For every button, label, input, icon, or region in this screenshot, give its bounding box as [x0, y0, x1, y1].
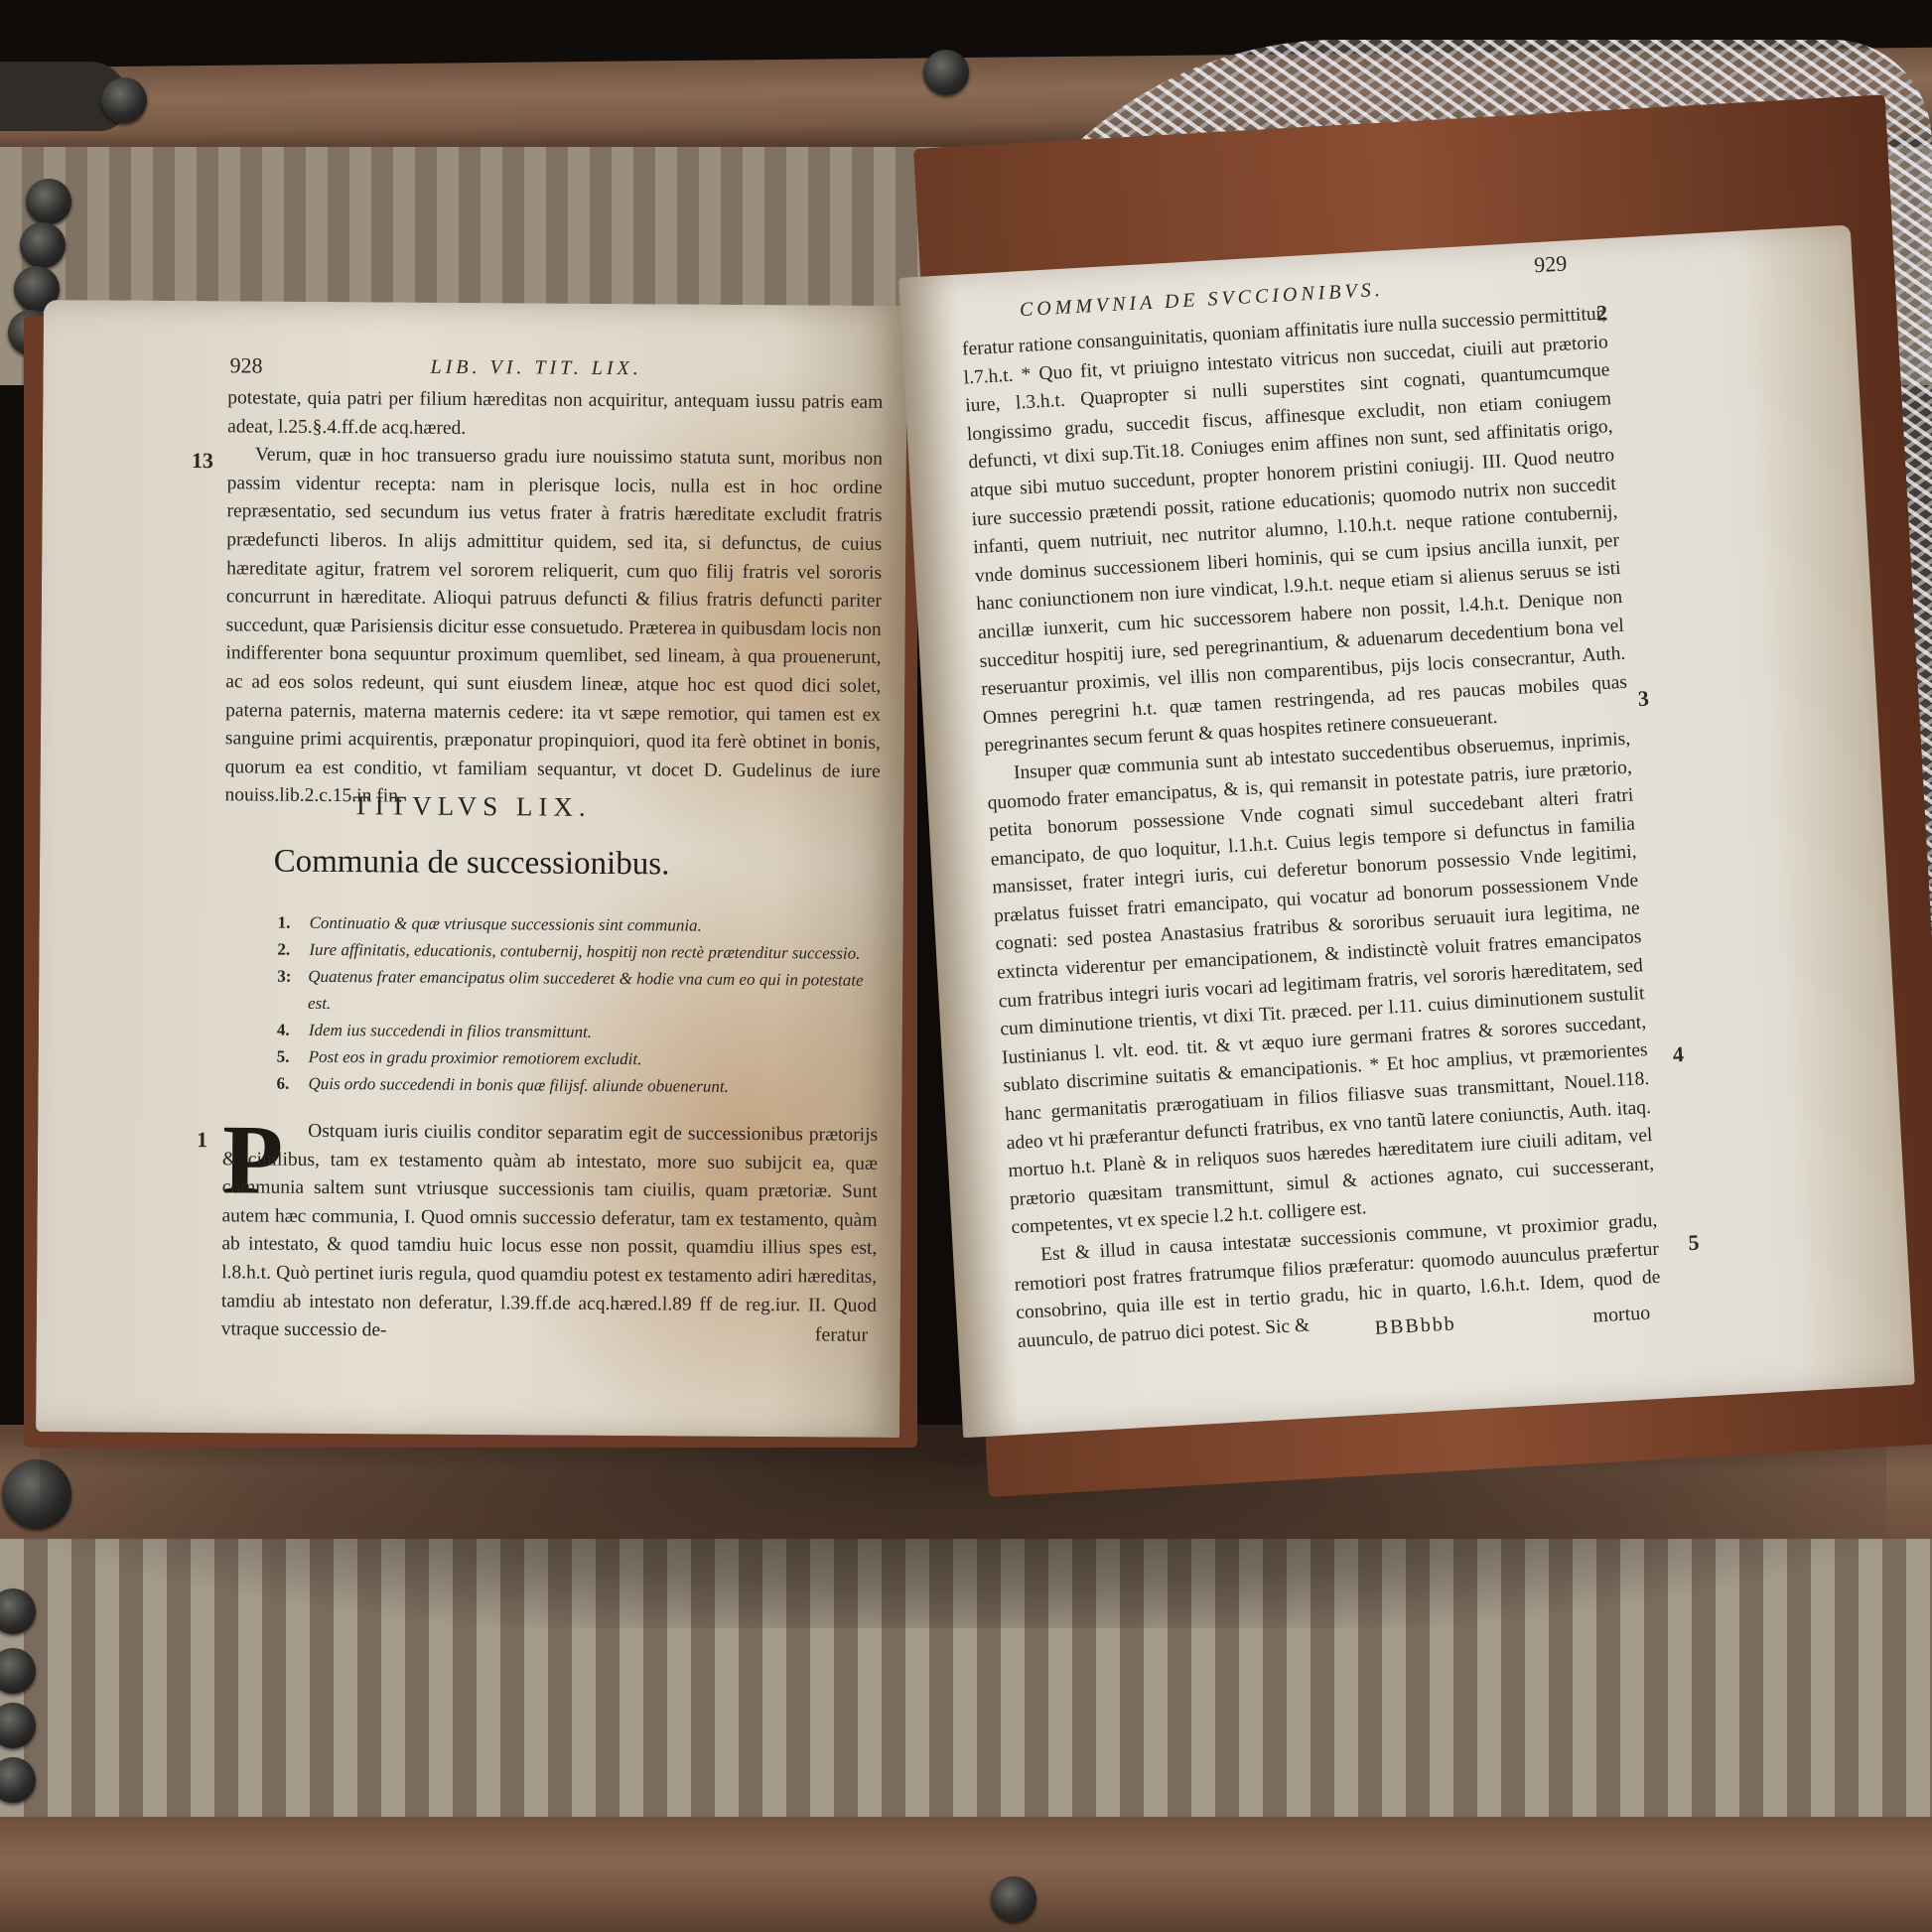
- trunk-stud-icon: [101, 77, 147, 123]
- summary-item: 6.Quis ordo succedendi in bonis quæ fili…: [276, 1070, 872, 1101]
- catchword: feratur: [815, 1323, 868, 1346]
- margin-number: 1: [197, 1127, 207, 1153]
- trunk-stud-icon: [20, 222, 66, 268]
- trunk-stud-icon: [26, 179, 71, 224]
- chapter-summary-list: 1.Continuatio & quæ vtriusque succession…: [276, 909, 873, 1101]
- trunk-wooden-rail-bottom: [0, 1817, 1932, 1932]
- text-block-bottom: Ostquam iuris ciuilis conditor separatim…: [221, 1117, 879, 1348]
- right-page: COMMVNIA DE SVCCIONIBVS. 929 2 3 4 5 fer…: [898, 224, 1915, 1438]
- paragraph: Ostquam iuris ciuilis conditor separatim…: [221, 1117, 879, 1348]
- paragraph: potestate, quia patri per filium hæredit…: [227, 384, 883, 446]
- paragraph: Verum, quæ in hoc transuerso gradu iure …: [224, 441, 883, 814]
- text-block-top: potestate, quia patri per filium hæredit…: [224, 384, 883, 815]
- trunk-stud-icon: [991, 1876, 1036, 1922]
- margin-number: 4: [1672, 1041, 1684, 1068]
- summary-item: 5.Post eos in gradu proximior remotiorem…: [277, 1043, 873, 1074]
- left-page: 928 LIB. VI. TIT. LIX. 13 potestate, qui…: [36, 300, 907, 1438]
- catchword: mortuo: [1592, 1302, 1651, 1327]
- paragraph: feratur ratione consanguinitatis, quonia…: [961, 300, 1629, 761]
- summary-item: 4.Idem ius succedendi in filios transmit…: [277, 1017, 873, 1047]
- summary-item: 2.Iure affinitatis, educationis, contube…: [277, 936, 873, 967]
- titulus-heading: TITVLVS LIX.: [40, 788, 903, 825]
- margin-number: 3: [1637, 685, 1649, 712]
- paragraph: Insuper quæ communia sunt ab intestato s…: [985, 726, 1656, 1244]
- text-block: feratur ratione consanguinitatis, quonia…: [961, 300, 1662, 1356]
- page-number: 929: [1534, 250, 1568, 278]
- chapter-title: Communia de successionibus.: [40, 842, 903, 885]
- trunk-stud-icon: [923, 50, 969, 95]
- running-head: LIB. VI. TIT. LIX.: [430, 356, 641, 380]
- margin-number: 5: [1688, 1230, 1700, 1257]
- printer-signature: BBBbbb: [1374, 1312, 1456, 1340]
- summary-item: 1.Continuatio & quæ vtriusque succession…: [278, 909, 874, 940]
- margin-number: 13: [192, 448, 213, 474]
- page-number: 928: [229, 352, 262, 378]
- summary-item: 3:Quatenus frater emancipatus olim succe…: [277, 963, 873, 1021]
